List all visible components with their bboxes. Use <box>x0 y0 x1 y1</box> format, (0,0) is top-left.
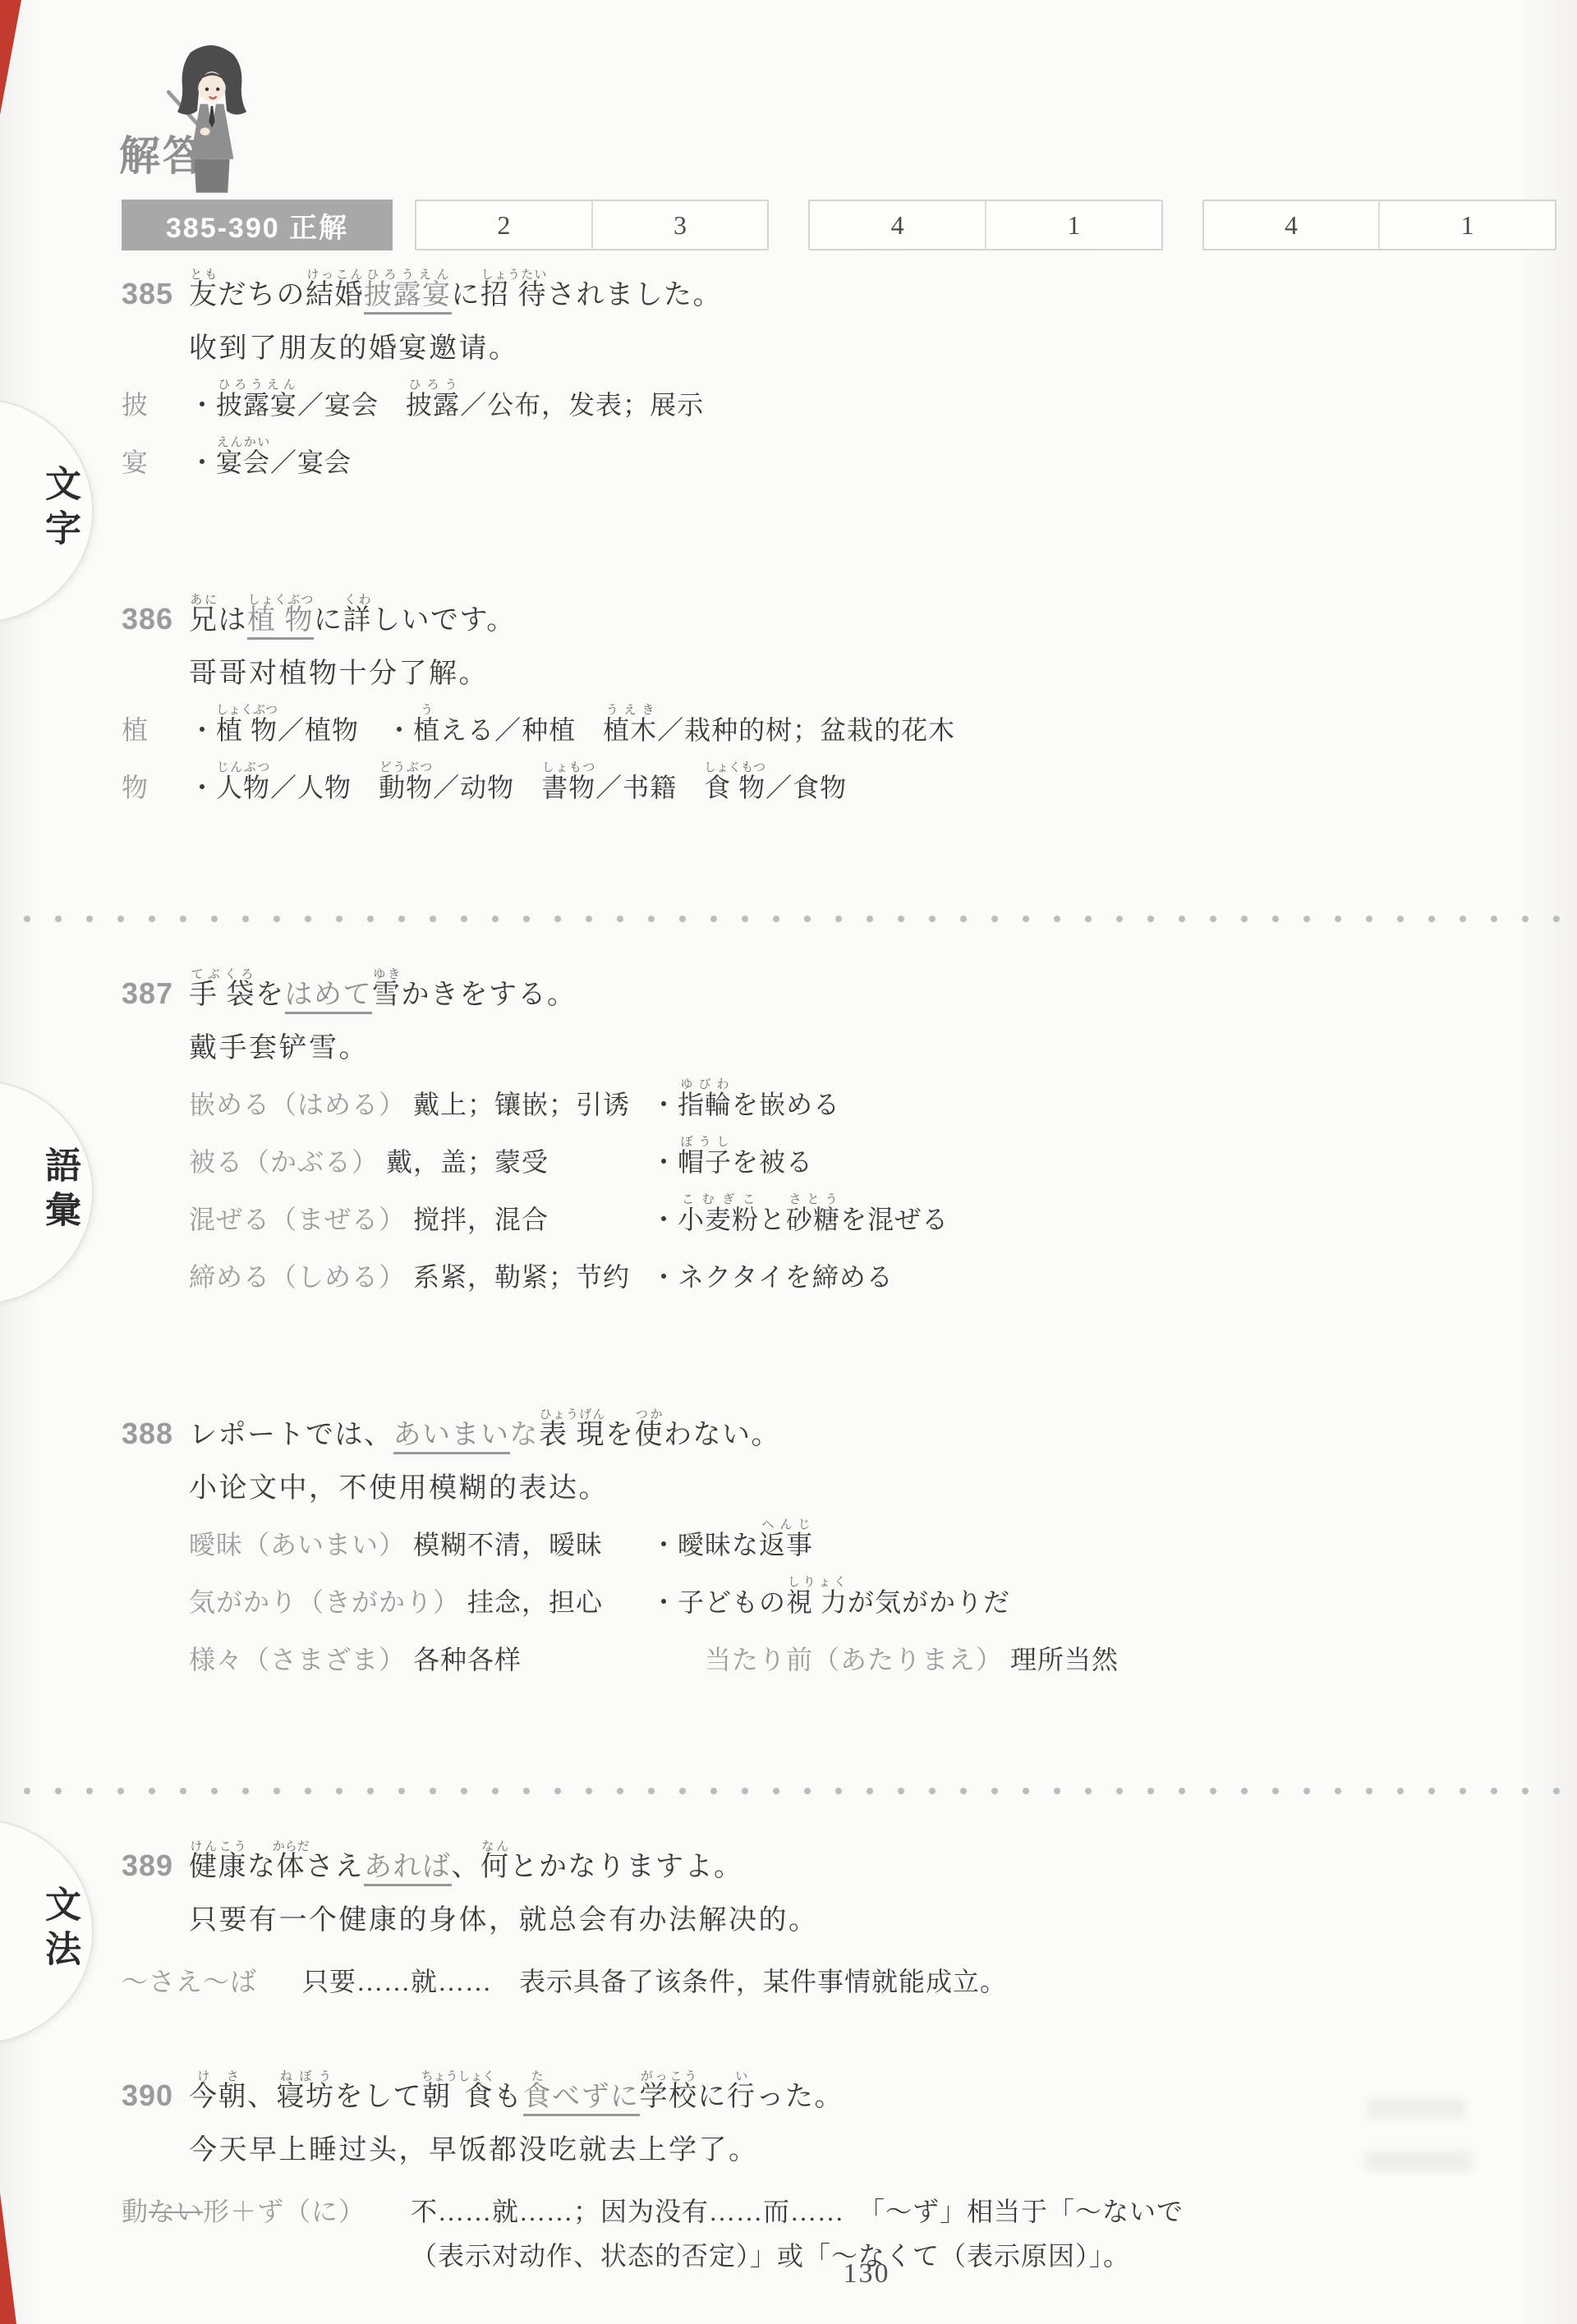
text-segment: 披露宴ひろうえん <box>216 390 297 420</box>
vocab-rows: 植・植 物しょくぶつ／植物 ・植うえる／种植 植木うえき／栽种的树；盆栽的花木物… <box>122 701 1556 816</box>
translation-line: 收到了朋友的婚宴邀请。 <box>189 324 1556 374</box>
text-segment <box>651 1645 705 1674</box>
text-segment: 視 力しりょく <box>786 1587 848 1617</box>
text-segment: 小麦粉こむぎこ <box>678 1205 759 1234</box>
text-segment: ネクタイを締める <box>678 1262 894 1292</box>
text-segment: ／栽种的树；盆栽的花木 <box>657 715 955 745</box>
question-sentence: 390今朝けさ、寝坊ねぼうをして朝 食ちょうしょくも食たべずに学校がっこうに行い… <box>122 2066 1556 2125</box>
tab-moji-label: 文字 <box>33 465 85 553</box>
answer-cell: 4 <box>1204 201 1379 249</box>
row-example: ・子どもの視 力しりょくが気がかりだ <box>651 1573 1556 1631</box>
row-head: ～さえ～ば <box>122 1959 257 2017</box>
tab-goi: 語彙 <box>0 1080 94 1302</box>
vocab-row: 物・人物じんぶつ／人物 動物どうぶつ／动物 書物しょもつ／书籍 食 物しょくもつ… <box>122 759 1556 816</box>
question-block: 388レポートでは、あいまいな表 現ひょうげんを使つかわない。小论文中，不使用模… <box>122 1404 1556 1688</box>
row-left: ・人物じんぶつ／人物 動物どうぶつ／动物 書物しょもつ／书籍 食 物しょくもつ／… <box>189 759 1556 816</box>
text-segment: を混ぜる <box>840 1205 949 1234</box>
text-segment: 披露ひろう <box>406 390 460 420</box>
text-segment: 模糊不清，暧昧 <box>406 1530 603 1559</box>
questions-section: 385友ともだちの結婚けっこん披露宴ひろうえんに招 待しょうたいされました。收到… <box>122 264 1556 2278</box>
text-segment: 行い <box>727 2082 756 2112</box>
text-segment: はめて <box>285 980 373 1014</box>
vocab-row: 宴・宴会えんかい／宴会 <box>122 434 1556 491</box>
answer-cell: 1 <box>985 201 1161 249</box>
text-segment: 寝坊ねぼう <box>277 2082 335 2112</box>
text-segment: 表 現ひょうげん <box>539 1420 605 1450</box>
text-segment: 結婚けっこん <box>306 280 364 310</box>
vocab-row: 混ぜる（まぜる） 搅拌，混合・小麦粉こむぎこと砂糖さとうを混ぜる <box>122 1191 1556 1248</box>
text-segment: 戴上；镶嵌；引诱 <box>406 1090 630 1119</box>
text-segment: 、 <box>452 1852 481 1882</box>
text-segment: 物 <box>122 773 149 802</box>
text-segment: 各种各样 <box>406 1645 522 1674</box>
text-segment: 植木うえき <box>603 715 657 745</box>
question-block: 387手 袋てぶくろをはめて雪ゆきかきをする。戴手套铲雪。嵌める（はめる） 戴上… <box>122 964 1556 1306</box>
question-block: 389健康けんこうな体からださえあれば、何なんとかなりますよ。只要有一个健康的身… <box>122 1836 1556 2017</box>
row-example: ・曖昧な返事へんじ <box>651 1516 1556 1573</box>
text-segment: だちの <box>218 280 306 310</box>
text-segment: しいです。 <box>372 605 516 636</box>
translation-line: 今天早上睡过头，早饭都没吃就去上学了。 <box>189 2125 1556 2176</box>
question-number: 387 <box>122 964 189 1023</box>
text-segment: 今朝けさ <box>189 2082 247 2112</box>
answer-group: 23 <box>415 200 769 250</box>
answer-group: 41 <box>1202 200 1556 250</box>
text-segment: 朝 食ちょうしょく <box>422 2082 494 2112</box>
text-segment: に <box>314 605 343 636</box>
text-segment: ・ <box>386 715 413 745</box>
row-head: 動ない形＋ず（に） <box>122 2189 366 2278</box>
text-segment: 植 物しょくぶつ <box>247 605 314 640</box>
text-segment: ・ <box>651 1205 678 1234</box>
text-segment: ・ <box>651 1262 678 1292</box>
vocab-rows: 披・披露宴ひろうえん／宴会 披露ひろう／公布，发表；展示宴・宴会えんかい／宴会 <box>122 376 1556 491</box>
bleed-through-mark <box>1368 2098 1466 2120</box>
text-segment: 人物じんぶつ <box>216 773 270 802</box>
text-segment: 手 袋てぶくろ <box>189 980 255 1010</box>
text-segment: 挂念，担心 <box>460 1587 603 1617</box>
vocab-rows: 曖昧（あいまい） 模糊不清，暧昧・曖昧な返事へんじ気がかり（きがかり） 挂念，担… <box>122 1516 1556 1688</box>
text-segment: 学校がっこう <box>640 2082 698 2112</box>
text-segment: 植 <box>122 715 149 745</box>
book-cover-corner-top <box>0 0 21 115</box>
row-left: 曖昧（あいまい） 模糊不清，暧昧 <box>189 1516 651 1573</box>
text-segment: 様々（さまざま） <box>189 1645 406 1674</box>
text-segment: な <box>510 1420 540 1450</box>
question-block: 386兄あには植 物しょくぶつに詳くわしいです。哥哥对植物十分了解。植・植 物し… <box>122 590 1556 816</box>
row-example: ・小麦粉こむぎこと砂糖さとうを混ぜる <box>651 1191 1556 1248</box>
tab-goi-label: 語彙 <box>33 1146 85 1235</box>
text-segment: かきをする。 <box>402 980 577 1010</box>
text-segment: ／宴会 <box>270 448 352 477</box>
vocab-row: 披・披露宴ひろうえん／宴会 披露ひろう／公布，发表；展示 <box>122 376 1556 434</box>
tab-bunpou-label: 文法 <box>33 1885 85 1974</box>
translation-line: 只要有一个健康的身体，就总会有办法解决的。 <box>189 1895 1556 1946</box>
row-head: 物 <box>122 759 189 816</box>
answer-groups: 234141 <box>415 200 1556 250</box>
answer-cell: 1 <box>1378 201 1555 249</box>
question-sentence: 386兄あには植 物しょくぶつに詳くわしいです。 <box>122 590 1556 649</box>
text-segment: 動物どうぶつ <box>379 773 433 802</box>
text-segment: 只要……就…… 表示具备了该条件，某件事情就能成立。 <box>302 1967 1007 1996</box>
text-segment: を <box>255 980 285 1010</box>
answer-key-bar: 385-390 正解 234141 <box>122 200 1556 250</box>
question-block: 390今朝けさ、寝坊ねぼうをして朝 食ちょうしょくも食たべずに学校がっこうに行い… <box>122 2066 1556 2278</box>
text-segment: 形＋ず（に） <box>203 2197 366 2226</box>
dotted-divider <box>23 915 1567 923</box>
row-left: 混ぜる（まぜる） 搅拌，混合 <box>189 1191 651 1248</box>
text-segment: 何なん <box>480 1852 510 1882</box>
text-segment: 砂糖さとう <box>786 1205 840 1234</box>
question-sentence: 385友ともだちの結婚けっこん披露宴ひろうえんに招 待しょうたいされました。 <box>122 264 1556 324</box>
question-number: 385 <box>122 264 189 324</box>
text-segment: 系紧，勒紧；节约 <box>406 1262 630 1292</box>
text-segment: ・子どもの <box>651 1587 786 1617</box>
row-left: 只要……就…… 表示具备了该条件，某件事情就能成立。 <box>302 1959 1007 2017</box>
question-number: 389 <box>122 1836 189 1895</box>
text-segment: とかなりますよ。 <box>510 1852 743 1882</box>
text-segment: も <box>494 2082 523 2112</box>
text-segment: 帽子ぼうし <box>678 1147 732 1177</box>
question-sentence: 388レポートでは、あいまいな表 現ひょうげんを使つかわない。 <box>122 1404 1556 1463</box>
text-segment: をして <box>335 2082 423 2112</box>
text-segment: 披露宴ひろうえん <box>364 280 452 315</box>
vocab-rows: ～さえ～ば只要……就…… 表示具备了该条件，某件事情就能成立。 <box>122 1948 1556 2017</box>
question-number: 386 <box>122 590 189 649</box>
teacher-girl-illustration <box>163 43 261 199</box>
translation-line: 戴手套铲雪。 <box>189 1023 1556 1074</box>
text-segment: 食た <box>523 2082 553 2116</box>
row-example: ・ネクタイを締める <box>651 1248 1556 1306</box>
row-example: ・帽子ぼうしを被る <box>651 1133 1556 1191</box>
text-segment: 被る（かぶる） <box>189 1147 379 1177</box>
text-segment: を被る <box>732 1147 813 1177</box>
question-block: 385友ともだちの結婚けっこん披露宴ひろうえんに招 待しょうたいされました。收到… <box>122 264 1556 491</box>
row-head: 披 <box>122 376 189 434</box>
vocab-row: 曖昧（あいまい） 模糊不清，暧昧・曖昧な返事へんじ <box>122 1516 1556 1573</box>
text-segment: った。 <box>756 2082 844 2112</box>
text-segment: 友とも <box>189 280 218 310</box>
text-segment: 植 物しょくぶつ <box>216 715 278 745</box>
text-segment: 締める（しめる） <box>189 1262 406 1292</box>
text-segment: 使つか <box>635 1420 664 1450</box>
text-segment: レポートでは、 <box>189 1420 393 1450</box>
answer-group: 41 <box>808 200 1162 250</box>
vocab-row: 気がかり（きがかり） 挂念，担心・子どもの視 力しりょくが気がかりだ <box>122 1573 1556 1631</box>
bleed-through-mark <box>1365 2150 1472 2171</box>
text-segment: 搅拌，混合 <box>406 1205 549 1234</box>
vocab-row: ～さえ～ば只要……就…… 表示具备了该条件，某件事情就能成立。 <box>122 1948 1556 2017</box>
text-segment: ・ <box>189 390 216 420</box>
text-segment: に <box>698 2082 728 2112</box>
text-segment: 披 <box>122 390 149 420</box>
text-segment: 植う <box>413 715 440 745</box>
question-number: 388 <box>122 1404 189 1463</box>
page-number: 130 <box>817 2258 916 2290</box>
text-segment: 雪ゆき <box>372 980 402 1010</box>
text-segment: ・ <box>189 773 216 802</box>
text-segment: 理所当然 <box>1003 1645 1119 1674</box>
text-segment: 気がかり（きがかり） <box>189 1587 460 1617</box>
text-segment: あいまい <box>393 1420 510 1454</box>
text-segment: 招 待しょうたい <box>480 280 547 310</box>
text-segment: ／公布，发表；展示 <box>460 390 704 420</box>
answer-cell: 2 <box>416 201 591 249</box>
text-segment: 混ぜる（まぜる） <box>189 1205 406 1234</box>
text-segment: 戴，盖；蒙受 <box>379 1147 549 1177</box>
vocab-row: 植・植 物しょくぶつ／植物 ・植うえる／种植 植木うえき／栽种的树；盆栽的花木 <box>122 701 1556 759</box>
text-segment: 返事へんじ <box>759 1530 813 1559</box>
text-segment: べずに <box>552 2082 640 2116</box>
row-left: 嵌める（はめる） 戴上；镶嵌；引诱 <box>189 1076 651 1133</box>
row-left: ・宴会えんかい／宴会 <box>189 434 1556 491</box>
text-segment: されました。 <box>547 280 722 310</box>
text-segment: が気がかりだ <box>848 1587 1010 1617</box>
text-segment: 書物しょもつ <box>541 773 595 802</box>
row-example: ・指輪ゆびわを嵌める <box>651 1076 1556 1133</box>
text-segment: ／人物 <box>270 773 379 802</box>
text-segment: ／动物 <box>433 773 541 802</box>
book-cover-corner-bottom <box>0 2193 16 2324</box>
text-segment: ／书籍 <box>595 773 704 802</box>
textbook-answer-page: 解答 385-390 正解 234141 385友ともだちの結婚けっこん披露宴ひ… <box>0 0 1577 2324</box>
text-segment: ・ <box>189 448 216 477</box>
text-segment: ない <box>149 2197 203 2226</box>
question-sentence: 389健康けんこうな体からださえあれば、何なんとかなりますよ。 <box>122 1836 1556 1895</box>
text-segment: を <box>605 1420 635 1450</box>
answer-range-label: 385-390 正解 <box>122 200 393 250</box>
text-segment: 不……就……；因为没有……而…… 「～ず」相当于「～ないで（表示对动作、状态的否… <box>411 2197 1184 2271</box>
text-segment: を嵌める <box>732 1090 840 1119</box>
row-example: 当たり前（あたりまえ） 理所当然 <box>651 1631 1556 1688</box>
text-segment: わない。 <box>664 1420 780 1450</box>
text-segment: 宴 <box>122 448 149 477</box>
text-segment: 兄あに <box>189 605 218 636</box>
row-left: 気がかり（きがかり） 挂念，担心 <box>189 1573 651 1631</box>
text-segment: と <box>759 1205 786 1234</box>
vocab-row: 締める（しめる） 系紧，勒紧；节约・ネクタイを締める <box>122 1248 1556 1306</box>
row-left: 様々（さまざま） 各种各样 <box>189 1631 651 1688</box>
dotted-divider <box>23 1787 1567 1795</box>
row-left: ・披露宴ひろうえん／宴会 披露ひろう／公布，发表；展示 <box>189 376 1556 434</box>
vocab-row: 嵌める（はめる） 戴上；镶嵌；引诱・指輪ゆびわを嵌める <box>122 1076 1556 1133</box>
text-segment: ・ <box>651 1090 678 1119</box>
text-segment: ／植物 <box>278 715 386 745</box>
text-segment: 嵌める（はめる） <box>189 1090 406 1119</box>
question-sentence: 387手 袋てぶくろをはめて雪ゆきかきをする。 <box>122 964 1556 1023</box>
text-segment: さえ <box>306 1852 364 1882</box>
translation-line: 小论文中，不使用模糊的表达。 <box>189 1463 1556 1514</box>
text-segment: 当たり前（あたりまえ） <box>705 1645 1003 1674</box>
translation-line: 哥哥对植物十分了解。 <box>189 649 1556 700</box>
vocab-rows: 嵌める（はめる） 戴上；镶嵌；引诱・指輪ゆびわを嵌める被る（かぶる） 戴，盖；蒙… <box>122 1076 1556 1306</box>
text-segment: は <box>218 605 248 636</box>
text-segment: ～さえ～ば <box>122 1967 257 1996</box>
text-segment: 宴会えんかい <box>216 448 270 477</box>
tab-moji: 文字 <box>0 398 94 620</box>
text-segment: 食 物しょくもつ <box>704 773 766 802</box>
text-segment: 体からだ <box>277 1852 306 1882</box>
vocab-row: 様々（さまざま） 各种各样 当たり前（あたりまえ） 理所当然 <box>122 1631 1556 1688</box>
text-segment: ・曖昧な <box>651 1530 759 1559</box>
text-segment: ・ <box>651 1147 678 1177</box>
tab-bunpou: 文法 <box>0 1819 94 2041</box>
text-segment: ／宴会 <box>297 390 406 420</box>
text-segment: 詳くわ <box>343 605 373 636</box>
question-number: 390 <box>122 2066 189 2125</box>
text-segment: える／种植 <box>440 715 603 745</box>
answer-cell: 4 <box>810 201 985 249</box>
text-segment: に <box>452 280 481 310</box>
row-left: ・植 物しょくぶつ／植物 ・植うえる／种植 植木うえき／栽种的树；盆栽的花木 <box>189 701 1556 759</box>
row-head: 植 <box>122 701 189 759</box>
row-head: 宴 <box>122 434 189 491</box>
text-segment: 健康けんこう <box>189 1852 247 1882</box>
text-segment: 指輪ゆびわ <box>678 1090 732 1119</box>
vocab-row: 被る（かぶる） 戴，盖；蒙受・帽子ぼうしを被る <box>122 1133 1556 1191</box>
text-segment: あれば <box>364 1852 452 1886</box>
text-segment: ／食物 <box>766 773 847 802</box>
text-segment: 、 <box>247 2082 277 2112</box>
text-segment: ・ <box>189 715 216 745</box>
answer-cell: 3 <box>591 201 768 249</box>
text-segment: 動 <box>122 2197 149 2226</box>
row-left: 被る（かぶる） 戴，盖；蒙受 <box>189 1133 651 1191</box>
text-segment: 曖昧（あいまい） <box>189 1530 406 1559</box>
row-left: 締める（しめる） 系紧，勒紧；节约 <box>189 1248 651 1306</box>
